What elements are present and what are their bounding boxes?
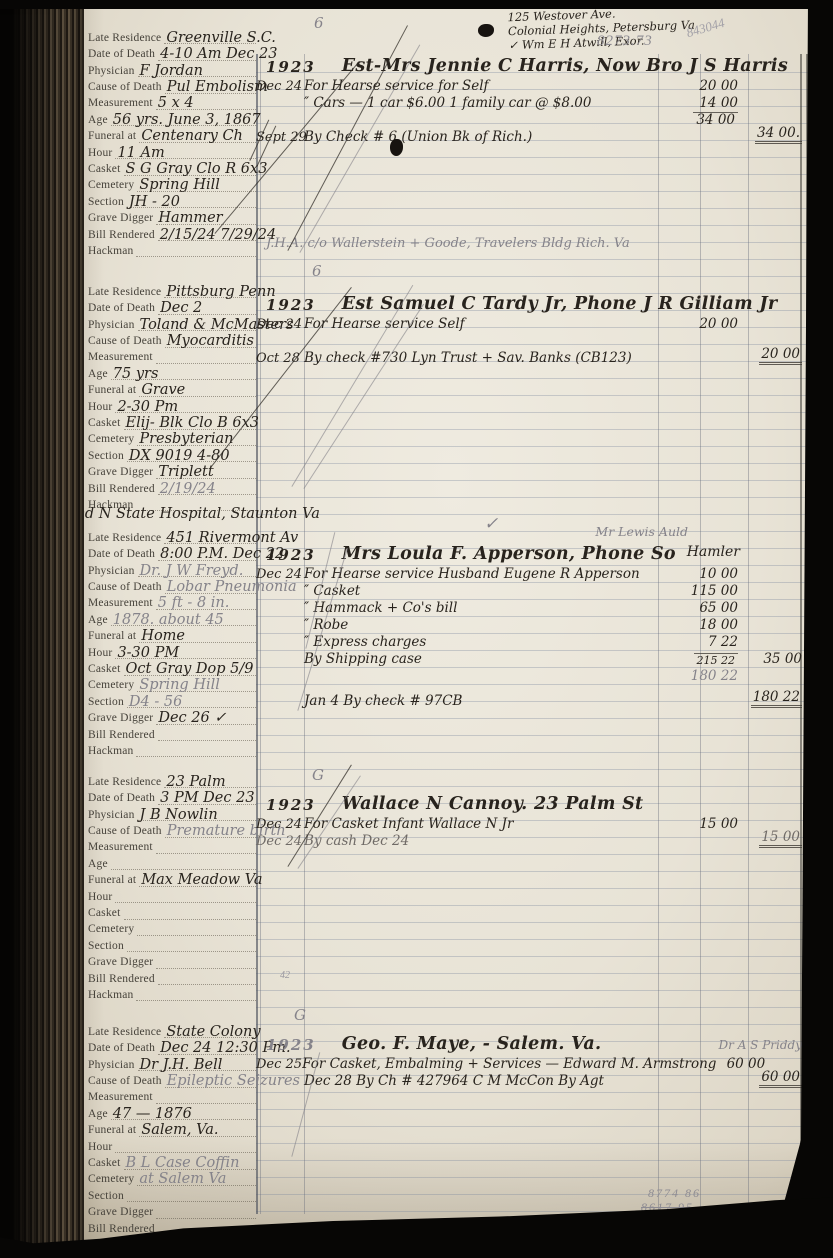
field-label: Physician [88, 320, 135, 332]
debit-cell: 65 00 [646, 602, 744, 616]
credit-amount: 35 00 [763, 653, 802, 667]
debit-cell: 20 00 [646, 318, 744, 332]
field-row: Date of Death8:00 P.M. Dec 22 [88, 544, 256, 560]
ledger-lines: Dec 24For Hearse service Self20 00Oct 28… [256, 314, 806, 365]
record-title-side: Dr A S Priddy [719, 1038, 802, 1052]
field-value: 75 yrs [113, 367, 159, 382]
field-value: Centenary Ch [141, 129, 243, 144]
dotted-leader [156, 1090, 256, 1104]
field-row: Cause of DeathMyocarditis [88, 331, 256, 347]
field-row: Section [88, 1186, 256, 1202]
stray-pencil-number: 42 [280, 970, 290, 981]
record-title: Est Samuel C Tardy Jr, Phone J R Gilliam… [342, 294, 778, 314]
field-value: 5 ft - 8 in. [158, 596, 230, 611]
scan-edge-top [0, 0, 833, 9]
field-label: Measurement [88, 598, 153, 610]
dotted-leader: Grave [139, 383, 256, 397]
dotted-leader [137, 922, 256, 936]
field-label: Physician [88, 566, 135, 578]
field-label: Cemetery [88, 924, 134, 936]
field-label: Casket [88, 908, 121, 920]
dotted-leader: Toland & McMasters [138, 317, 256, 331]
field-label: Hour [88, 892, 112, 904]
ledger-line: ″ Hammack + Co's bill65 00 [256, 598, 806, 615]
debit-amount: 115 00 [691, 585, 738, 599]
field-label: Age [88, 615, 108, 627]
dotted-leader: Max Meadow Va [139, 873, 256, 887]
field-label: Grave Digger [88, 1207, 153, 1219]
credit-amount: 15 00 [759, 831, 802, 849]
field-value: 2/19/24 [160, 482, 216, 497]
ledger-line: 180 22 [256, 666, 806, 683]
record-fields: Late ResidencePittsburg PennDate of Deat… [88, 282, 256, 511]
dotted-leader: 56 yrs. June 3, 1867 [111, 112, 256, 126]
ledger-date: Dec 24 [256, 80, 304, 93]
field-label: Cause of Death [88, 336, 162, 348]
field-row: Date of Death4-10 Am Dec 23 [88, 44, 256, 60]
field-label: Age [88, 369, 108, 381]
field-value: 3 PM Dec 23 [160, 791, 254, 806]
dotted-leader: 23 Palm [164, 774, 256, 788]
field-row: CemeterySpring Hill [88, 676, 256, 692]
field-row: Bill Rendered2/15/24 7/29/24 [88, 225, 256, 241]
dotted-leader [124, 906, 257, 920]
field-row: Hour [88, 887, 256, 903]
field-label: Cause of Death [88, 82, 162, 94]
credit-cell: 15 00 [744, 831, 806, 849]
field-row: Date of DeathDec 24 12:30 Pm. [88, 1038, 256, 1054]
field-label: Physician [88, 1060, 135, 1072]
pencil-check-mark: 6 [312, 262, 322, 280]
record-title-row: 1923 Mrs Loula F. Apperson, Phone So Ham… [256, 542, 806, 564]
pencil-total-bottom: 8774 86 [648, 1186, 701, 1201]
field-row: Cemetery [88, 920, 256, 936]
ledger-line: Dec 25For Casket, Embalming + Services —… [256, 1054, 806, 1071]
dotted-leader: B L Case Coffin [124, 1156, 257, 1170]
debit-cell: 115 00 [646, 585, 744, 599]
dotted-leader [127, 1188, 256, 1202]
field-label: Age [88, 1109, 108, 1121]
credit-cell: 20 00 [744, 348, 806, 366]
ledger-desc: By Shipping case [304, 653, 646, 667]
field-value: 11 Am [117, 146, 164, 161]
dotted-leader: Dr J.H. Bell [138, 1057, 256, 1071]
field-row: Measurement [88, 1088, 256, 1104]
field-value: 2-30 Pm [117, 400, 178, 415]
field-row: Section [88, 936, 256, 952]
debit-cell: 14 00 [646, 97, 744, 111]
debit-amount: 10 00 [699, 568, 738, 582]
record-title-row: 1923 Geo. F. Maye, - Salem. Va. Dr A S P… [256, 1032, 806, 1054]
dotted-leader: 451 Rivermont Av [164, 530, 256, 544]
debit-amount: 60 00 [727, 1058, 766, 1072]
field-label: Funeral at [88, 1125, 136, 1137]
record-title: Mrs Loula F. Apperson, Phone So [342, 544, 676, 564]
ledger-record: Late Residence23 PalmDate of Death3 PM D… [88, 770, 804, 1018]
dotted-leader: State Colony [164, 1024, 256, 1038]
field-row: Grave Digger [88, 952, 256, 968]
ledger-date: Dec 24 [256, 568, 304, 581]
field-value: Pul Embolism [167, 80, 268, 95]
field-row: Grave DiggerTriplett [88, 462, 256, 478]
field-row: Late Residence23 Palm [88, 772, 256, 788]
dotted-leader [115, 889, 256, 903]
field-row: SectionD4 - 56 [88, 692, 256, 708]
dotted-leader: 8:00 P.M. Dec 22 [158, 547, 256, 561]
field-row: Age47 — 1876 [88, 1104, 256, 1120]
ledger-record: Late ResidencePittsburg PennDate of Deat… [88, 280, 804, 512]
field-value: Home [141, 629, 185, 644]
field-row: Funeral atHome [88, 626, 256, 642]
dotted-leader: Spring Hill [137, 178, 256, 192]
ledger-desc: By cash Dec 24 [304, 835, 646, 849]
dotted-leader [156, 350, 256, 364]
ledger-line: By Shipping case215 2235 00 [256, 649, 806, 666]
dotted-leader: Elij- Blk Clo B 6x3 [124, 416, 257, 430]
dotted-leader: D4 - 56 [127, 694, 256, 708]
debit-amount: 15 00 [699, 818, 738, 832]
field-label: Hour [88, 148, 112, 160]
ledger-line: 34 00 [256, 110, 806, 127]
dotted-leader: Hammer [156, 211, 256, 225]
dotted-leader [156, 840, 256, 854]
ledger-date: Dec 24 [256, 835, 304, 848]
field-row: Hackman [88, 241, 256, 257]
record-year: 1923 [266, 1036, 316, 1054]
field-value: 3-30 PM [117, 646, 179, 661]
credit-cell: 34 00. [744, 127, 806, 145]
field-row: Age75 yrs [88, 364, 256, 380]
debit-cell: 20 00 [646, 80, 744, 94]
ledger-desc: ″ Cars — 1 car $6.00 1 family car @ $8.0… [304, 97, 646, 111]
field-row: Date of Death3 PM Dec 23 [88, 788, 256, 804]
ledger-desc: For Hearse service Self [304, 318, 646, 332]
record-title-row: 1923 Wallace N Cannoy. 23 Palm St [256, 792, 806, 814]
field-value: 23 Palm [166, 775, 225, 790]
field-label: Casket [88, 164, 121, 176]
debit-cell: 34 00 [646, 112, 744, 128]
field-label: Date of Death [88, 303, 155, 315]
field-label: Cause of Death [88, 826, 162, 838]
debit-cell: 18 00 [646, 619, 744, 633]
field-value: J B Nowlin [140, 808, 218, 823]
field-row: SectionJH - 20 [88, 192, 256, 208]
field-label: Section [88, 197, 124, 209]
dotted-leader: Spring Hill [137, 678, 256, 692]
field-label: Casket [88, 1158, 121, 1170]
record-title-side: Hamler [687, 544, 740, 560]
record-title: Geo. F. Maye, - Salem. Va. [342, 1034, 602, 1054]
dotted-leader: Myocarditis [165, 334, 256, 348]
record-ledger: ✓ Mr Lewis Auld 1923 Mrs Loula F. Appers… [256, 542, 806, 708]
book-binding-edge [0, 0, 84, 1258]
field-label: Cemetery [88, 680, 134, 692]
field-row: Cause of DeathLobar Pneumonia [88, 577, 256, 593]
dotted-leader: S G Gray Clo R 6x3 [124, 162, 257, 176]
field-row: PhysicianToland & McMasters [88, 315, 256, 331]
debit-amount: 20 00 [699, 80, 738, 94]
field-label: Date of Death [88, 49, 155, 61]
field-row: Date of DeathDec 2 [88, 298, 256, 314]
field-label: Cemetery [88, 434, 134, 446]
field-label: Measurement [88, 1092, 153, 1104]
ledger-lines: Dec 24For Casket Infant Wallace N Jr15 0… [256, 814, 806, 848]
field-value: Presbyterian [139, 432, 233, 447]
field-label: Measurement [88, 98, 153, 110]
field-row: Measurement5 ft - 8 in. [88, 594, 256, 610]
dotted-leader: Dec 24 12:30 Pm. [158, 1041, 256, 1055]
field-label: Casket [88, 418, 121, 430]
field-row: Hour11 Am [88, 143, 256, 159]
field-row: PhysicianDr. J W Freyd. [88, 561, 256, 577]
field-label: Funeral at [88, 131, 136, 143]
dotted-leader: 2/19/24 [158, 481, 256, 495]
field-row: Late ResidenceGreenville S.C. [88, 28, 256, 44]
field-label: Hour [88, 1142, 112, 1154]
dotted-leader: 2/15/24 7/29/24 [158, 227, 256, 241]
field-label: Cause of Death [88, 582, 162, 594]
dotted-leader: Home [139, 629, 256, 643]
field-label: Bill Rendered [88, 730, 155, 742]
field-value: at Salem Va [139, 1172, 226, 1187]
dotted-leader [136, 987, 256, 1001]
field-label: Age [88, 115, 108, 127]
field-label: Grave Digger [88, 713, 153, 725]
dotted-leader [111, 856, 256, 870]
dotted-leader [158, 971, 256, 985]
address-footnote: J.H.A. c/o Wallerstein + Goode, Traveler… [266, 236, 630, 251]
ledger-line: Dec 24By cash Dec 2415 00 [256, 831, 806, 848]
dotted-leader: Epileptic Seizures [165, 1074, 256, 1088]
ledger-line: Dec 24For Casket Infant Wallace N Jr15 0… [256, 814, 806, 831]
field-value: 5 x 4 [158, 96, 194, 111]
field-label: Measurement [88, 842, 153, 854]
field-label: Cemetery [88, 1174, 134, 1186]
debit-cell: 215 22 [646, 653, 744, 666]
field-value: S G Gray Clo R 6x3 [126, 162, 268, 177]
record-title: Wallace N Cannoy. 23 Palm St [342, 794, 644, 814]
field-row: Hackman [88, 985, 256, 1001]
dotted-leader: Dec 26 ✓ [156, 711, 256, 725]
field-row: Funeral atSalem, Va. [88, 1120, 256, 1136]
field-value: State Colony [166, 1025, 260, 1040]
field-label: Hour [88, 402, 112, 414]
field-label: Late Residence [88, 1027, 161, 1039]
dotted-leader [136, 243, 256, 257]
ledger-desc: For Hearse service for Self [304, 80, 646, 94]
field-label: Date of Death [88, 793, 155, 805]
debit-amount: 65 00 [699, 602, 738, 616]
field-label: Date of Death [88, 549, 155, 561]
field-label: Physician [88, 810, 135, 822]
field-row: Grave Digger [88, 1202, 256, 1218]
pencil-total-top: 8273.73 [597, 33, 653, 50]
field-label: Late Residence [88, 33, 161, 45]
field-row: Hour3-30 PM [88, 643, 256, 659]
debit-cell: 15 00 [646, 818, 744, 832]
ledger-line: Jan 4 By check # 97CB180 22 [256, 691, 806, 708]
field-label: Hackman [88, 246, 133, 258]
field-label: Bill Rendered [88, 974, 155, 986]
ledger-desc: ″ Robe [304, 619, 646, 633]
debit-amount: 7 22 [708, 636, 738, 650]
field-value: Myocarditis [167, 334, 254, 349]
credit-cell: 180 22 [744, 691, 806, 709]
field-value: 1878. about 45 [113, 613, 224, 628]
field-value: F Jordan [140, 64, 203, 79]
field-value: 56 yrs. June 3, 1867 [113, 113, 261, 128]
field-row: Measurement [88, 348, 256, 364]
field-row: SectionDX 9019 4-80 [88, 446, 256, 462]
field-row: Funeral atMax Meadow Va [88, 870, 256, 886]
field-row: Grave DiggerHammer [88, 208, 256, 224]
ledger-desc: ″ Casket [304, 585, 646, 599]
ledger-desc: ″ Hammack + Co's bill [304, 602, 646, 616]
field-row: PhysicianDr J.H. Bell [88, 1055, 256, 1071]
debit-amount: 14 00 [699, 97, 738, 111]
ledger-desc: Dec 28 By Ch # 427964 C M McCon By Agt [304, 1075, 646, 1089]
field-value: D4 - 56 [129, 695, 182, 710]
dotted-leader: Oct Gray Dop 5/9 [124, 662, 257, 676]
field-row: Age56 yrs. June 3, 1867 [88, 110, 256, 126]
record-ledger: G 1923 Wallace N Cannoy. 23 Palm St Dec … [256, 792, 806, 848]
field-row: PhysicianF Jordan [88, 61, 256, 77]
dotted-leader: 47 — 1876 [111, 1106, 256, 1120]
field-row: Bill Rendered [88, 725, 256, 741]
dotted-leader: Presbyterian [137, 432, 256, 446]
pencil-check-mark: 6 [314, 14, 324, 32]
dotted-leader [136, 743, 256, 757]
record-fields: Late ResidenceGreenville S.C.Date of Dea… [88, 28, 256, 257]
field-value: Max Meadow Va [141, 873, 262, 888]
field-value: Dec 2 [160, 301, 202, 316]
record-title: Est-Mrs Jennie C Harris, Now Bro J S Har… [342, 56, 788, 76]
field-label: Measurement [88, 352, 153, 364]
field-value: Dr. J W Freyd. [140, 564, 244, 579]
record-title-row: 1923 Est-Mrs Jennie C Harris, Now Bro J … [256, 54, 806, 76]
scanned-ledger-page: 398 125 Westover Ave. Colonial Heights, … [0, 0, 833, 1258]
field-row: CemeterySpring Hill [88, 176, 256, 192]
field-label: Casket [88, 664, 121, 676]
credit-amount: 180 22 [751, 691, 802, 709]
field-label: Bill Rendered [88, 230, 155, 242]
dotted-leader: Pittsburg Penn [164, 284, 256, 298]
pencil-check-mark: G [312, 766, 324, 784]
record-fields: Late ResidenceState ColonyDate of DeathD… [88, 1022, 256, 1251]
ledger-desc: ″ Express charges [304, 636, 646, 650]
hospital-note: Died N State Hospital, Staunton Va [60, 506, 320, 522]
field-row: CasketS G Gray Clo R 6x3 [88, 159, 256, 175]
debit-amount: 34 00 [693, 112, 738, 128]
field-row: Hour [88, 1137, 256, 1153]
field-label: Funeral at [88, 385, 136, 397]
field-row: Late Residence451 Rivermont Av [88, 528, 256, 544]
field-label: Cemetery [88, 180, 134, 192]
ledger-date: Dec 24 [256, 818, 304, 831]
field-value: 47 — 1876 [113, 1107, 192, 1122]
record-year: 1923 [266, 796, 316, 814]
field-value: Oct Gray Dop 5/9 [126, 662, 254, 677]
field-value: Spring Hill [139, 178, 220, 193]
record-year: 1923 [266, 296, 316, 314]
dotted-leader: 75 yrs [111, 366, 256, 380]
dotted-leader: Greenville S.C. [164, 30, 256, 44]
debit-cell: 180 22 [646, 670, 744, 684]
dotted-leader [115, 1139, 256, 1153]
dotted-leader: F Jordan [138, 63, 256, 77]
field-row: CasketB L Case Coffin [88, 1153, 256, 1169]
field-label: Hackman [88, 990, 133, 1002]
ledger-record: 125 Westover Ave. Colonial Heights, Pete… [88, 24, 804, 284]
dotted-leader [158, 727, 256, 741]
ledger-date: Dec 25 [256, 1058, 302, 1071]
field-value: Dr J.H. Bell [140, 1058, 223, 1073]
credit-amount: 60 00 [759, 1071, 802, 1089]
pencil-check-mark: G [294, 1006, 306, 1024]
ledger-date: Dec 24 [256, 318, 304, 331]
dotted-leader: 1878. about 45 [111, 612, 256, 626]
field-label: Section [88, 1191, 124, 1203]
dotted-leader: 3-30 PM [115, 645, 256, 659]
dotted-leader [127, 938, 256, 952]
side-note: Mr Lewis Auld [595, 524, 688, 539]
ledger-desc: By check #730 Lyn Trust + Sav. Banks (CB… [304, 352, 646, 366]
field-label: Section [88, 697, 124, 709]
debit-amount: 215 22 [694, 653, 739, 666]
field-row: Cause of DeathPremature birth [88, 821, 256, 837]
dotted-leader: 11 Am [115, 145, 256, 159]
field-value: JH - 20 [129, 195, 180, 210]
dotted-leader: Dec 2 [158, 301, 256, 315]
field-label: Hackman [88, 746, 133, 758]
field-row: Bill Rendered [88, 969, 256, 985]
dotted-leader: 4-10 Am Dec 23 [158, 47, 256, 61]
field-label: Grave Digger [88, 957, 153, 969]
dotted-leader: at Salem Va [137, 1172, 256, 1186]
field-row: Age [88, 854, 256, 870]
field-label: Hour [88, 648, 112, 660]
field-label: Grave Digger [88, 467, 153, 479]
field-row: Hour2-30 Pm [88, 397, 256, 413]
field-row: CasketOct Gray Dop 5/9 [88, 659, 256, 675]
field-value: B L Case Coffin [126, 1156, 240, 1171]
field-label: Late Residence [88, 777, 161, 789]
field-row: Casket [88, 903, 256, 919]
debit-amount: 18 00 [699, 619, 738, 633]
field-row: Age1878. about 45 [88, 610, 256, 626]
field-row: Cause of DeathEpileptic Seizures [88, 1071, 256, 1087]
ledger-line: Oct 28By check #730 Lyn Trust + Sav. Ban… [256, 348, 806, 365]
ledger-record: Died N State Hospital, Staunton Va Late … [88, 508, 804, 770]
dotted-leader [156, 955, 256, 969]
field-row: Late ResidencePittsburg Penn [88, 282, 256, 298]
field-value: Greenville S.C. [166, 31, 276, 46]
credit-amount: 34 00. [755, 127, 802, 145]
dotted-leader [156, 1205, 256, 1219]
field-label: Cause of Death [88, 1076, 162, 1088]
dotted-leader: J B Nowlin [138, 807, 256, 821]
debit-cell: 7 22 [646, 636, 744, 650]
field-row: CasketElij- Blk Clo B 6x3 [88, 413, 256, 429]
field-row: Measurement5 x 4 [88, 94, 256, 110]
field-value: Dec 26 ✓ [158, 711, 226, 726]
record-ledger: G 1923 Geo. F. Maye, - Salem. Va. Dr A S… [256, 1032, 806, 1088]
field-value: Hammer [158, 211, 222, 226]
field-row: Cause of DeathPul Embolism [88, 77, 256, 93]
field-label: Physician [88, 66, 135, 78]
dotted-leader: Premature birth [165, 824, 256, 838]
record-ledger: 6 1923 Est-Mrs Jennie C Harris, Now Bro … [256, 54, 806, 144]
